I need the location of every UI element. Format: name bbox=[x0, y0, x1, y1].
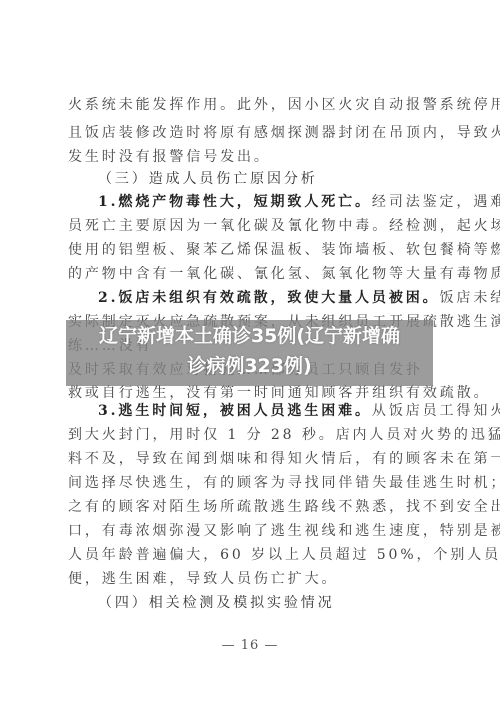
paragraph-line: 之有的顾客对陌生场所疏散逃生路线不熟悉，找不到安全出 bbox=[68, 498, 438, 516]
paragraph-line: 料不及，导致在闻到烟味和得知火情后，有的顾客未在第一时 bbox=[68, 450, 438, 468]
paragraph-line: 发生时没有报警信号发出。 bbox=[68, 148, 438, 166]
section-heading: （三）造成人员伤亡原因分析 bbox=[98, 170, 438, 188]
item-text: 经司法鉴定，遇难人 bbox=[372, 194, 500, 210]
item-lead: 3.逃生时间短，被困人员逃生困难。 bbox=[98, 403, 372, 419]
paragraph-line: 口，有毒浓烟弥漫又影响了逃生视线和逃生速度，特别是被困 bbox=[68, 522, 438, 540]
item-text: 饭店未结合 bbox=[440, 290, 500, 306]
paragraph-line: 救或自行逃生，没有第一时间通知顾客并组织有效疏散。 bbox=[68, 384, 438, 402]
paragraph-line: 3.逃生时间短，被困人员逃生困难。从饭店员工得知火情 bbox=[98, 402, 438, 420]
paragraph-line: 的产物中含有一氧化碳、氰化氢、氮氧化物等大量有毒物质。 bbox=[68, 265, 438, 283]
paragraph-line: 员死亡主要原因为一氧化碳及氰化物中毒。经检测，起火场所 bbox=[68, 217, 438, 235]
paragraph-line: 使用的铝塑板、聚苯乙烯保温板、装饰墙板、软包餐椅等燃烧 bbox=[68, 241, 438, 259]
paragraph-line: 且饭店装修改造时将原有感烟探测器封闭在吊顶内，导致火灾 bbox=[68, 124, 438, 142]
paragraph-line: 2.饭店未组织有效疏散，致使大量人员被困。饭店未结合 bbox=[98, 289, 438, 307]
paragraph-line: 便，逃生困难，导致人员伤亡扩大。 bbox=[68, 570, 438, 588]
overlay-title-line-1: 辽宁新增本土确诊35例(辽宁新增确 bbox=[66, 322, 433, 350]
paragraph-line: 1.燃烧产物毒性大，短期致人死亡。经司法鉴定，遇难人 bbox=[98, 193, 438, 211]
section-heading: （四）相关检测及模拟实验情况 bbox=[98, 594, 438, 612]
paragraph-line: 到大火封门，用时仅 1 分 28 秒。店内人员对火势的迅猛发展始 bbox=[68, 426, 438, 444]
item-lead: 2.饭店未组织有效疏散，致使大量人员被困。 bbox=[98, 290, 440, 306]
paragraph-line: 火系统未能发挥作用。此外，因小区火灾自动报警系统停用， bbox=[68, 96, 438, 114]
paragraph-line: 间选择尽快逃生，有的顾客为寻找同伴错失最佳逃生时机；加 bbox=[68, 474, 438, 492]
item-lead: 1.燃烧产物毒性大，短期致人死亡。 bbox=[98, 194, 372, 210]
item-text: 从饭店员工得知火情 bbox=[372, 403, 500, 419]
overlay-title-line-2: 诊病例323例) bbox=[66, 352, 433, 380]
document-page: 火系统未能发挥作用。此外，因小区火灾自动报警系统停用， 且饭店装修改造时将原有感… bbox=[0, 0, 500, 707]
paragraph-line: 人员年龄普遍偏大，60 岁以上人员超过 50%，个别人员行动不 bbox=[68, 546, 438, 564]
headline-overlay-banner: 辽宁新增本土确诊35例(辽宁新增确 诊病例323例) bbox=[66, 320, 433, 386]
page-number: — 16 — bbox=[0, 638, 500, 653]
